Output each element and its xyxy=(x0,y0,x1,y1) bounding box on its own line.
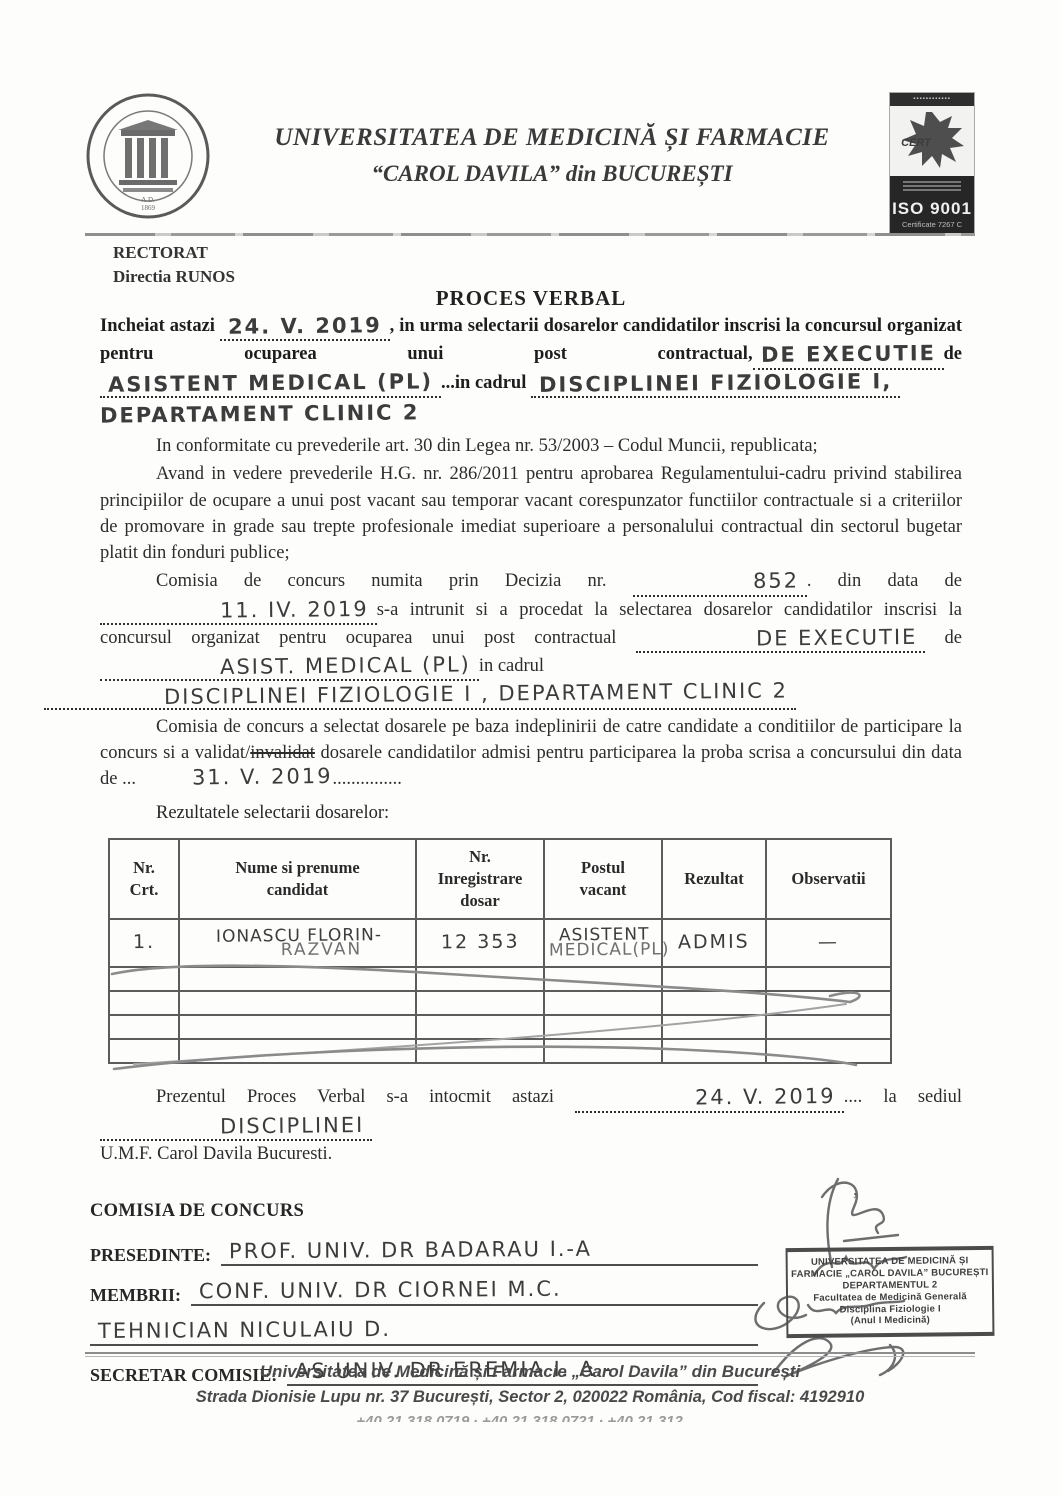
table-empty-row xyxy=(109,1039,891,1063)
document-body: PROCES VERBAL Incheiat astazi 24. V. 201… xyxy=(100,286,962,1400)
fill-post-type-2: DE EXECUTIE xyxy=(636,625,925,653)
handwritten-decision-number: 852 xyxy=(697,571,799,593)
results-table: Nr. Crt. Nume si prenume candidat Nr. In… xyxy=(108,838,892,1065)
department-stamp: UNIVERSITATEA DE MEDICINĂ ȘI FARMACIE „C… xyxy=(786,1246,995,1338)
paragraph-intro: Incheiat astazi 24. V. 2019, in urma sel… xyxy=(100,313,962,429)
handwritten-row-number: 1. xyxy=(133,933,155,952)
footer-university-name: Universitatea de Medicină și Farmacie „C… xyxy=(85,1362,975,1382)
cell-post: ASISTENT MEDICAL(PL) xyxy=(544,919,662,967)
cell-registration: 12 353 xyxy=(416,919,544,967)
handwritten-discipline: DISCIPLINEI FIZIOLOGIE I, xyxy=(539,371,892,396)
handwritten-observation-dash: — xyxy=(818,933,839,952)
commission-text-2: . din data de xyxy=(807,571,962,591)
handwritten-member2-name: TEHNICIAN NICULAIU D. xyxy=(98,1319,391,1342)
handwritten-name-line2: RAZVAN xyxy=(182,941,413,960)
svg-text:1869: 1869 xyxy=(141,204,156,212)
paragraph-legal-2: Avand in vedere prevederile H.G. nr. 286… xyxy=(100,461,962,566)
cell-nr: 1. xyxy=(109,919,179,967)
iso-badge-top-bar: ▪▪▪▪▪▪▪▪▪▪▪▪ xyxy=(890,93,974,106)
commission-text-4: de xyxy=(945,628,962,648)
iso-certificate-number: Certificate 7267 C xyxy=(891,220,973,229)
results-label: Rezultatele selectarii dosarelor: xyxy=(100,803,962,824)
iso-9001-label: ISO 9001 xyxy=(891,199,973,219)
fill-closing-date: 24. V. 2019 xyxy=(575,1084,844,1112)
handwritten-closing-place: DISCIPLINEI xyxy=(164,1115,364,1138)
handwritten-discipline-2: DISCIPLINEI FIZIOLOGIE I , DEPARTAMENT C… xyxy=(108,681,788,709)
fill-decision-date: 11. IV. 2019 xyxy=(100,597,377,625)
col-header-nr-crt: Nr. Crt. xyxy=(109,839,179,920)
committee-row-president: PRESEDINTE: PROF. UNIV. DR BADARAU I.-A xyxy=(90,1240,758,1266)
fill-decision-number: 852 xyxy=(633,568,807,596)
closing-text-1: Prezentul Proces Verbal s-a intocmit ast… xyxy=(156,1087,554,1107)
member1-signature-line: CONF. UNIV. DR CIORNEI M.C. xyxy=(191,1280,758,1306)
col-header-post: Postul vacant xyxy=(544,839,662,920)
fill-discipline-2: DISCIPLINEI FIZIOLOGIE I , DEPARTAMENT C… xyxy=(44,681,796,709)
intro-text-1: Incheiat astazi xyxy=(100,316,215,336)
intro-text-3: de xyxy=(944,344,963,364)
fill-post-name-2: ASIST. MEDICAL (PL) xyxy=(100,653,479,681)
svg-text:A.D.: A.D. xyxy=(141,196,155,204)
document-title: PROCES VERBAL xyxy=(100,286,962,311)
table-empty-row xyxy=(109,991,891,1015)
handwritten-result: ADMIS xyxy=(678,933,750,953)
members-label: MEMBRII: xyxy=(90,1285,191,1306)
handwritten-department: DEPARTAMENT CLINIC 2 xyxy=(100,402,420,426)
paragraph-commission: Comisia de concurs numita prin Decizia n… xyxy=(100,568,962,709)
handwritten-post-type: DE EXECUTIE xyxy=(760,343,935,366)
handwritten-exam-date: 31. V. 2019 xyxy=(136,766,333,789)
handwritten-member1-name: CONF. UNIV. DR CIORNEI M.C. xyxy=(199,1279,562,1303)
intro-text-4: ...in cadrul xyxy=(441,373,526,393)
col-header-name: Nume si prenume candidat xyxy=(179,839,416,920)
university-name-line1: UNIVERSITATEA DE MEDICINĂ ȘI FARMACIE xyxy=(215,124,889,152)
header-divider xyxy=(85,233,975,236)
results-table-wrap: Nr. Crt. Nume si prenume candidat Nr. In… xyxy=(108,838,890,1065)
stamp-line-6: (Anul I Medicină) xyxy=(791,1314,989,1328)
closing-text-3: U.M.F. Carol Davila Bucuresti. xyxy=(44,1141,332,1167)
handwritten-post-type-2: DE EXECUTIE xyxy=(700,627,918,650)
col-header-registration: Nr. Inregistrare dosar xyxy=(416,839,544,920)
cell-result: ADMIS xyxy=(662,919,766,967)
commission-text-1: Comisia de concurs numita prin Decizia n… xyxy=(156,571,607,591)
col-header-observations: Observatii xyxy=(766,839,891,920)
closing-text-2: .... la sediul xyxy=(844,1087,962,1107)
cell-name: IONASCU FLORIN- RAZVAN xyxy=(179,919,416,967)
iso-9001-badge: ▪▪▪▪▪▪▪▪▪▪▪▪ CERT ISO 9001 Certificate 7… xyxy=(889,92,975,234)
cell-observations: — xyxy=(766,919,891,967)
table-empty-row xyxy=(109,967,891,991)
stamp-line-4: Facultatea de Medicină Generală xyxy=(791,1291,989,1305)
commission-text-6: cadrul xyxy=(498,656,544,676)
footer: Universitatea de Medicină și Farmacie „C… xyxy=(85,1362,975,1422)
table-header-row: Nr. Crt. Nume si prenume candidat Nr. In… xyxy=(109,839,891,920)
iso-badge-bottom: ISO 9001 Certificate 7267 C xyxy=(890,176,974,233)
table-empty-row xyxy=(109,1015,891,1039)
university-title: UNIVERSITATEA DE MEDICINĂ ȘI FARMACIE “C… xyxy=(215,92,889,187)
office-rectorat: RECTORAT xyxy=(113,243,235,263)
col-header-result: Rezultat xyxy=(662,839,766,920)
handwritten-president-name: PROF. UNIV. DR BADARAU I.-A xyxy=(229,1239,592,1263)
office-block: RECTORAT Directia RUNOS xyxy=(113,243,235,291)
header: A.D. 1869 UNIVERSITATEA DE MEDICINĂ ȘI F… xyxy=(85,92,975,234)
fill-date-incheiat: 24. V. 2019 xyxy=(220,313,390,341)
commission-text-5: in xyxy=(479,656,493,676)
paragraph-closing: Prezentul Proces Verbal s-a intocmit ast… xyxy=(100,1084,962,1167)
table-row: 1. IONASCU FLORIN- RAZVAN 12 353 ASISTEN… xyxy=(109,919,891,967)
committee-row-members: MEMBRII: CONF. UNIV. DR CIORNEI M.C. xyxy=(90,1280,758,1306)
handwritten-date: 24. V. 2019 xyxy=(228,315,382,338)
struck-invalidat: invalidat xyxy=(250,743,315,763)
iso-small-text xyxy=(891,181,973,199)
handwritten-post-name: ASISTENT MEDICAL (PL) xyxy=(108,371,433,395)
handwritten-registration: 12 353 xyxy=(441,933,520,953)
member2-signature-line: TEHNICIAN NICULAIU D. xyxy=(90,1320,758,1346)
university-seal-icon: A.D. 1869 xyxy=(85,92,215,228)
paragraph-validation: Comisia de concurs a selectat dosarele p… xyxy=(100,714,962,793)
university-name-line2: “CAROL DAVILA” din BUCUREȘTI xyxy=(215,161,889,187)
handwritten-decision-date: 11. IV. 2019 xyxy=(164,599,369,622)
handwritten-post-name-2: ASIST. MEDICAL (PL) xyxy=(164,655,471,679)
president-signature-line: PROF. UNIV. DR BADARAU I.-A xyxy=(221,1240,758,1266)
stamp-line-2: FARMACIE „CAROL DAVILA” BUCUREȘTI xyxy=(791,1267,989,1281)
president-label: PRESEDINTE: xyxy=(90,1245,221,1266)
footer-address: Strada Dionisie Lupu nr. 37 București, S… xyxy=(85,1388,975,1407)
footer-divider xyxy=(85,1352,975,1357)
fill-discipline: DISCIPLINEI FIZIOLOGIE I, xyxy=(531,370,900,398)
validation-text-3: ............... xyxy=(333,769,402,789)
handwritten-post-line2: MEDICAL(PL) xyxy=(547,942,659,960)
footer-phone-clipped: +40 21 318 0719 ∙ +40 21 318 0721 ∙ +40 … xyxy=(85,1413,975,1422)
office-runos: Directia RUNOS xyxy=(113,267,235,287)
paragraph-legal-1: In conformitate cu prevederile art. 30 d… xyxy=(100,433,962,459)
committee-row-member2: TEHNICIAN NICULAIU D. xyxy=(90,1320,758,1346)
svg-text:CERT: CERT xyxy=(901,137,932,149)
handwritten-closing-date: 24. V. 2019 xyxy=(639,1086,836,1109)
certind-logo-icon: CERT xyxy=(890,106,974,176)
fill-closing-place: DISCIPLINEI xyxy=(100,1113,372,1141)
footer-phone-numbers: +40 21 318 0719 ∙ +40 21 318 0721 ∙ +40 … xyxy=(85,1413,975,1422)
fill-post-type: DE EXECUTIE xyxy=(753,341,944,369)
fill-post-name: ASISTENT MEDICAL (PL) xyxy=(100,370,441,398)
document-page: A.D. 1869 UNIVERSITATEA DE MEDICINĂ ȘI F… xyxy=(0,0,1060,1497)
